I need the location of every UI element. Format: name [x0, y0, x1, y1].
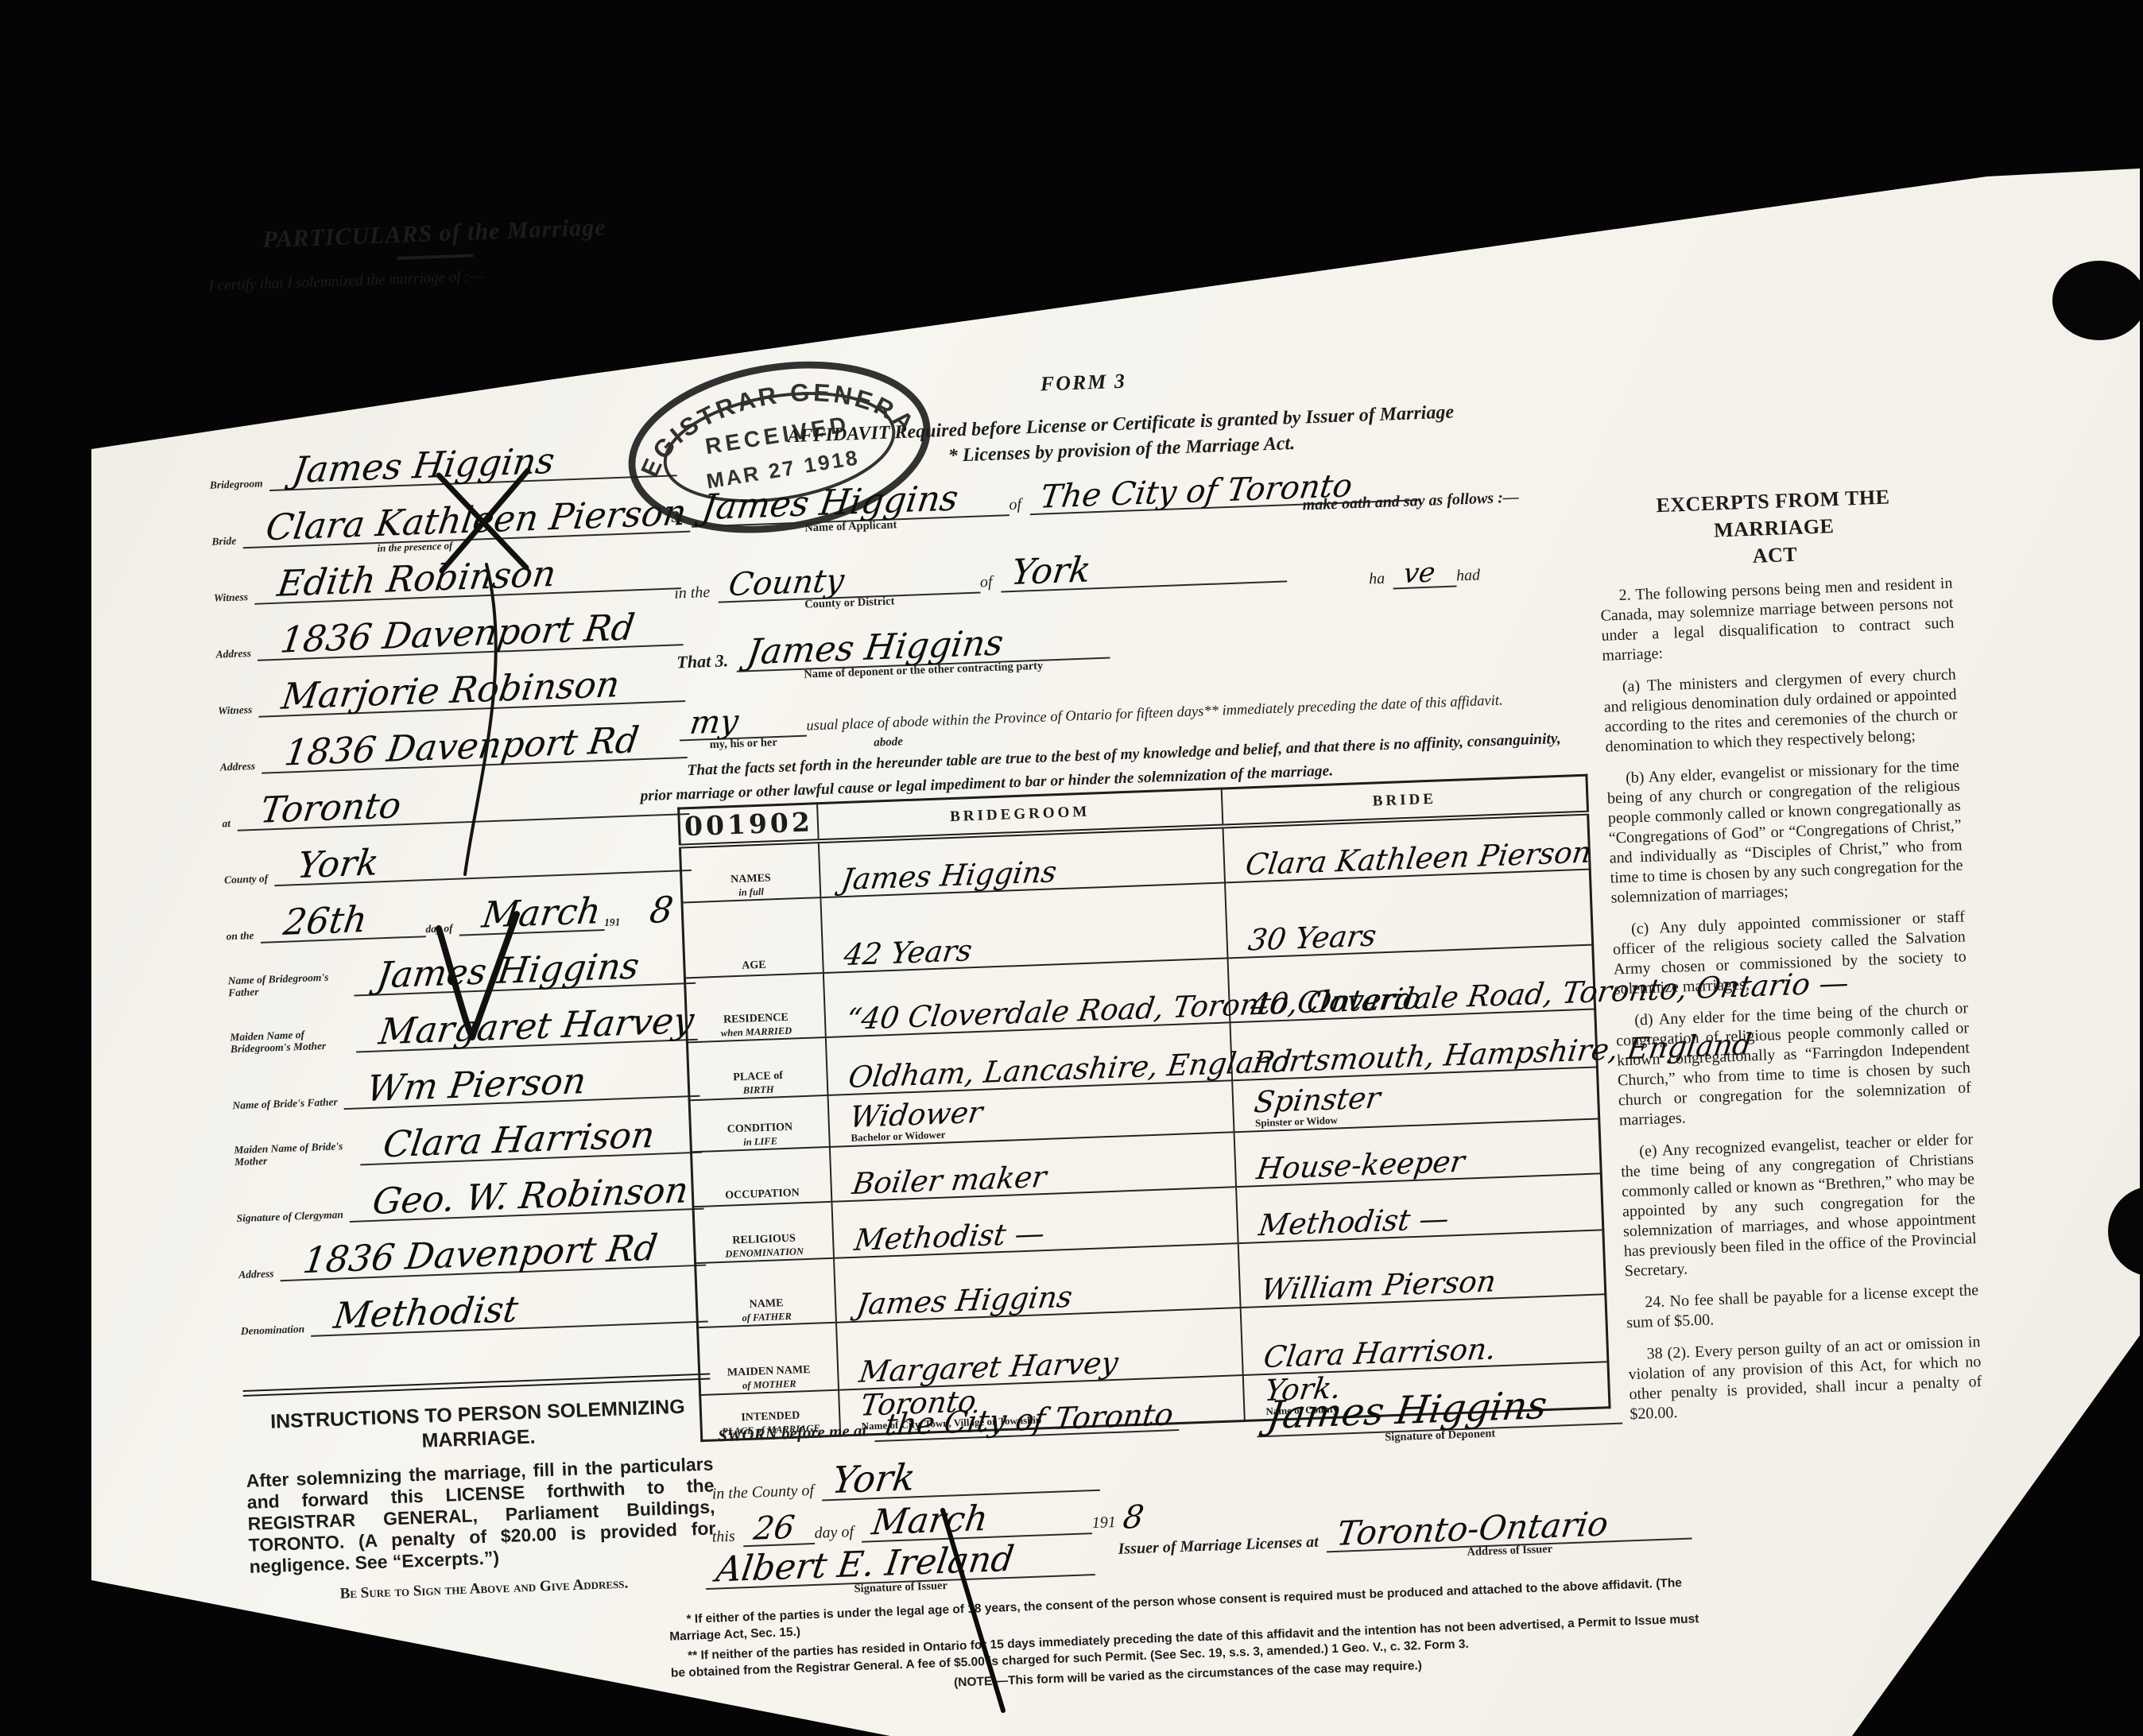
- bride-value-handwritten: 30 Years: [1246, 921, 1378, 954]
- affidavit-form: REGISTRAR GENERAL RECEIVED MAR 27 1918 F…: [661, 339, 1625, 1722]
- field-label: day of: [425, 922, 459, 937]
- sworn-county-line: York: [821, 1454, 1100, 1501]
- day-handwritten: 26: [752, 1513, 796, 1544]
- deponent-signature-row: James Higgins Signature of Deponent: [1256, 1385, 1622, 1437]
- field-underline: March: [458, 894, 604, 936]
- field-label: Bride: [211, 535, 242, 550]
- in-the-label: in the: [674, 583, 719, 604]
- row-label-cell: PLACE of BIRTH: [687, 1037, 827, 1100]
- month-line: March: [861, 1498, 1092, 1542]
- handwritten-value: Clara Harrison: [381, 1118, 657, 1162]
- certify-line: I certify that I solemnized the marriage…: [208, 261, 669, 295]
- handwritten-value: Geo. W. Robinson: [370, 1173, 691, 1219]
- serial-number: 001902: [679, 804, 819, 847]
- bride-value-handwritten: William Pierson: [1259, 1267, 1498, 1304]
- bridegroom-value-handwritten: James Higgins: [839, 858, 1058, 893]
- bridegroom-value-handwritten: James Higgins: [855, 1283, 1074, 1319]
- have-had-row: ha ve had: [1368, 558, 1488, 591]
- my-handwritten: my: [688, 707, 741, 738]
- abode-printed-line: usual place of abode within the Province…: [806, 692, 1511, 736]
- that-label: That 3.: [676, 650, 737, 675]
- this-label: this: [711, 1527, 743, 1548]
- sworn-county-handwritten: York: [831, 1460, 918, 1498]
- row-label-cell: CONDITION in LIFE: [689, 1095, 830, 1152]
- sworn-place-line: the City of Toronto: [874, 1400, 1179, 1442]
- excerpts-title: EXCERPTS FROM THE MARRIAGE ACT: [1596, 482, 1951, 575]
- my-line: my my, his or her: [679, 704, 807, 742]
- field-label: County of: [224, 873, 275, 889]
- bridegroom-bride-table: 001902 BRIDEGROOM BRIDE NAMES in full Ja…: [677, 774, 1611, 1443]
- row-label-cell: RELIGIOUS DENOMINATION: [693, 1202, 834, 1263]
- excerpt-paragraph: (b) Any elder, evangelist or missionary …: [1606, 757, 1964, 909]
- deponent-name-line: James Higgins Name of deponent or the ot…: [735, 623, 1110, 672]
- field-label: 191: [604, 916, 627, 931]
- district-line: York: [999, 546, 1286, 592]
- bridegroom-value-handwritten: 42 Years: [843, 936, 974, 969]
- handwritten-value: James Higgins: [375, 950, 641, 994]
- row-label: OCCUPATION: [696, 1186, 830, 1204]
- particulars-fields: Bridegroom James Higgins Bride Clara Kat…: [208, 420, 708, 1339]
- instructions-body: After solemnizing the marriage, fill in …: [246, 1453, 717, 1578]
- issuer-at-label: Issuer of Marriage Licenses at: [1118, 1533, 1327, 1560]
- handwritten-value: Edith Robinson: [275, 557, 557, 602]
- row-label-cell: NAMES in full: [680, 841, 820, 902]
- field-label: at: [222, 817, 237, 831]
- bride-value-handwritten: Spinster: [1253, 1083, 1382, 1116]
- bridegroom-value-handwritten: Methodist —: [853, 1219, 1047, 1254]
- sworn-county-row: in the County of York: [711, 1454, 1101, 1505]
- row-label-cell: RESIDENCE when MARRIED: [684, 973, 825, 1042]
- day-line: 26: [742, 1512, 815, 1547]
- field-label: Address: [215, 647, 258, 662]
- excerpts-panel: EXCERPTS FROM THE MARRIAGE ACT 2. The fo…: [1596, 482, 1983, 1425]
- field-label: Maiden Name of Bride's Mother: [234, 1139, 360, 1170]
- instructions-section: INSTRUCTIONS TO PERSON SOLEMNIZING MARRI…: [244, 1393, 719, 1606]
- county-handwritten: County: [727, 565, 846, 600]
- excerpts-title-line1: EXCERPTS FROM THE MARRIAGE: [1656, 485, 1890, 541]
- excerpt-paragraph: 38 (2). Every person guilty of an act or…: [1627, 1332, 1982, 1424]
- issuer-signature-row: Albert E. Ireland Signature of Issuer: [705, 1540, 1095, 1590]
- row-label-cell: MAIDEN NAME of MOTHER: [698, 1323, 839, 1395]
- field-extra-segment: day of March: [424, 894, 604, 937]
- of-label: of: [1009, 495, 1029, 516]
- county-line: County County or District: [717, 560, 980, 603]
- title-rule: [397, 254, 473, 260]
- issuer-address-line: Toronto-Ontario Address of Issuer: [1326, 1505, 1692, 1552]
- excerpt-paragraph: (e) Any recognized evangelist, teacher o…: [1620, 1130, 1978, 1282]
- excerpt-paragraph: 24. No fee shall be payable for a licens…: [1626, 1281, 1980, 1333]
- ha-printed: ha: [1369, 570, 1393, 591]
- excerpt-paragraph: (a) The ministers and clergymen of every…: [1602, 665, 1958, 758]
- item-number: 3.: [671, 508, 692, 529]
- issuer-address-row: Issuer of Marriage Licenses at Toronto-O…: [1118, 1508, 1619, 1560]
- had-printed: had: [1456, 566, 1489, 587]
- field-label: on the: [226, 929, 261, 944]
- row-label-cell: OCCUPATION: [691, 1147, 831, 1207]
- bridegroom-value-handwritten: Widower: [848, 1099, 984, 1131]
- punch-hole-top: [2052, 261, 2143, 340]
- abode-sublabel: abode: [874, 735, 903, 750]
- form-number: FORM 3: [995, 368, 1171, 398]
- field-underline: Methodist: [310, 1286, 708, 1337]
- bridegroom-value-handwritten: Boiler maker: [851, 1163, 1048, 1198]
- of-label: of: [980, 572, 1001, 593]
- section-divider: [243, 1373, 711, 1397]
- bride-value-handwritten: Methodist —: [1257, 1204, 1451, 1239]
- field-label: Denomination: [241, 1323, 312, 1339]
- row-label: AGE: [687, 957, 821, 975]
- month-handwritten: March: [870, 1502, 990, 1540]
- field-label: Maiden Name of Bridegroom's Mother: [230, 1027, 356, 1058]
- field-underline: 26th: [259, 901, 426, 943]
- handwritten-value: York: [296, 846, 382, 883]
- bride-value-handwritten: House-keeper: [1255, 1147, 1467, 1183]
- sworn-county-label: in the County of: [711, 1481, 822, 1505]
- row-label-cell: AGE: [682, 897, 823, 978]
- instructions-title: INSTRUCTIONS TO PERSON SOLEMNIZING MARRI…: [244, 1393, 713, 1460]
- excerpt-paragraph: (d) Any elder for the time being of the …: [1615, 999, 1972, 1131]
- abode-row: my my, his or her usual place of abode w…: [679, 676, 1586, 742]
- handwritten-value: 8: [648, 893, 676, 928]
- sworn-label: SWORN before me at: [718, 1420, 875, 1447]
- handwritten-value: Wm Pierson: [365, 1064, 588, 1106]
- district-handwritten: York: [1009, 553, 1092, 590]
- handwritten-value: Toronto: [258, 789, 402, 827]
- bridegroom-cell: 42 Years: [820, 882, 1227, 973]
- sworn-place-handwritten: the City of Toronto: [883, 1400, 1175, 1440]
- handwritten-value: March: [480, 894, 603, 932]
- instructions-title-line2: MARRIAGE.: [421, 1426, 536, 1452]
- applicant-name-line: James Higgins Name of Applicant: [691, 480, 1009, 527]
- handwritten-value: 26th: [281, 903, 369, 940]
- field-label: Witness: [214, 591, 255, 606]
- excerpt-paragraph: (c) Any duly appointed commissioner or s…: [1612, 908, 1967, 1000]
- deponent-signature-line: James Higgins Signature of Deponent: [1256, 1385, 1622, 1437]
- field-label: Address: [220, 760, 262, 775]
- county-row: in the County County or District of York: [673, 547, 1278, 605]
- day-of-label: day of: [814, 1523, 862, 1544]
- ve-handwritten: ve: [1402, 560, 1437, 587]
- row-label-cell: NAME of FATHER: [696, 1258, 836, 1327]
- excerpts-paragraphs: 2. The following persons being men and r…: [1599, 574, 1982, 1425]
- field-label: Name of Bridegroom's Father: [227, 971, 354, 1002]
- handwritten-value: James Higgins: [290, 444, 556, 488]
- scanned-marriage-affidavit: PARTICULARS of the Marriage I certify th…: [0, 0, 2143, 1736]
- field-label: Address: [238, 1268, 281, 1283]
- field-label: Bridegroom: [210, 478, 269, 494]
- handwritten-value: Methodist: [332, 1292, 521, 1333]
- deponent-row: That 3. James Higgins Name of deponent o…: [676, 621, 1169, 674]
- ve-line: ve: [1392, 560, 1456, 590]
- issuer-signature-line: Albert E. Ireland Signature of Issuer: [705, 1540, 1095, 1590]
- excerpts-title-line2: ACT: [1752, 542, 1797, 567]
- field-label: Witness: [218, 703, 259, 719]
- bride-value-handwritten: Clara Harrison.: [1261, 1335, 1498, 1371]
- handwritten-value: Margaret Harvey: [377, 1004, 696, 1049]
- excerpt-paragraph: 2. The following persons being men and r…: [1599, 574, 1955, 666]
- bride-cell: 30 Years: [1225, 870, 1593, 959]
- particulars-title: PARTICULARS of the Marriage: [200, 211, 668, 256]
